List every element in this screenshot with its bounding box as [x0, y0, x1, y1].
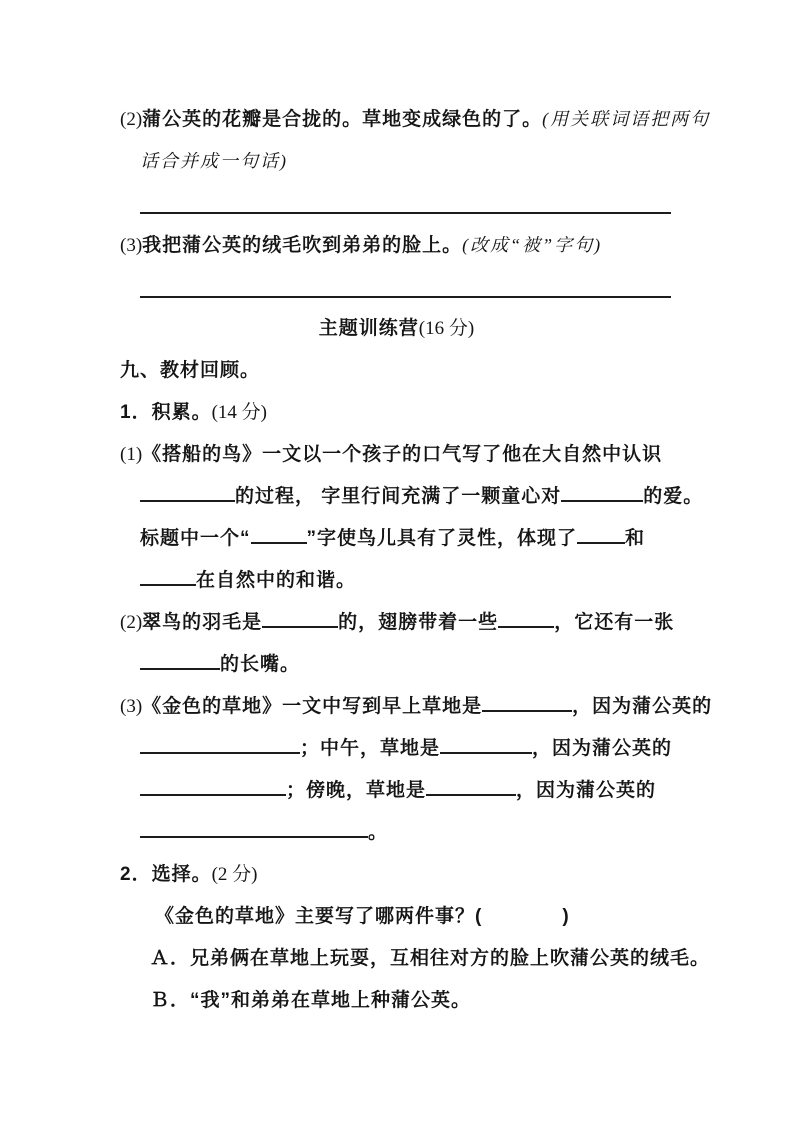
q2-title-text: 2．选择。 [120, 864, 212, 885]
exam-paper-page: (2)蒲公英的花瓣是合拢的。草地变成绿色的了。(用关联词语把两句 话合并成一句话… [0, 0, 793, 1122]
answer-line [120, 266, 673, 308]
answer-underline [140, 212, 671, 214]
theme-title: 主题训练营 [319, 318, 419, 339]
answer-underline [140, 296, 671, 298]
q1-score: (14 分) [212, 402, 267, 423]
q2-title: 2．选择。(2 分) [120, 854, 673, 896]
fill-text: 。 [368, 822, 388, 843]
item-number: (1) [120, 444, 142, 465]
q2-score: (2 分) [212, 864, 258, 885]
blank-underline [561, 480, 643, 502]
q1-item3-line3: ；傍晚，草地是，因为蒲公英的 [120, 770, 673, 812]
question-text: 《金色的草地》主要写了哪两件事？( ) [155, 906, 570, 927]
q1-item1-line3: 标题中一个“”字使鸟儿具有了灵性，体现了和 [120, 518, 673, 560]
fill-text: ，因为蒲公英的 [532, 738, 672, 759]
q2-option-b: Ｂ．“我”和弟弟在草地上种蒲公英。 [120, 980, 673, 1022]
blank-underline [140, 816, 368, 838]
q1-title-text: 1．积累。 [120, 402, 212, 423]
fill-text: ；傍晚，草地是 [286, 780, 426, 801]
question-8-2-line1: (2)蒲公英的花瓣是合拢的。草地变成绿色的了。(用关联词语把两句 [120, 98, 673, 140]
q2-question: 《金色的草地》主要写了哪两件事？( ) [120, 896, 673, 938]
blank-underline [498, 606, 554, 628]
fill-text: ，因为蒲公英的 [572, 696, 712, 717]
blank-underline [426, 774, 516, 796]
fill-text: 《金色的草地》一文中写到早上草地是 [142, 696, 482, 717]
theme-section-header: 主题训练营(16 分) [120, 308, 673, 350]
instruction-note: 话合并成一句话) [140, 151, 288, 171]
instruction-note: (改成“被”字句) [462, 235, 602, 255]
q1-title: 1．积累。(14 分) [120, 392, 673, 434]
q1-item3-line1: (3)《金色的草地》一文中写到早上草地是，因为蒲公英的 [120, 686, 673, 728]
blank-underline [140, 774, 286, 796]
q1-item2-line1: (2)翠鸟的羽毛是的，翅膀带着一些，它还有一张 [120, 602, 673, 644]
option-b-text: Ｂ．“我”和弟弟在草地上种蒲公英。 [150, 990, 471, 1011]
section-title-text: 九、教材回顾。 [120, 360, 260, 381]
question-text: 蒲公英的花瓣是合拢的。草地变成绿色的了。 [142, 109, 542, 130]
fill-text: 的过程， 字里行间充满了一颗童心对 [235, 486, 561, 507]
item-number: (2) [120, 109, 142, 130]
fill-text: ；中午，草地是 [300, 738, 440, 759]
fill-text: 《搭船的鸟》一文以一个孩子的口气写了他在大自然中认识 [142, 444, 662, 465]
blank-underline [140, 732, 300, 754]
fill-text: ，因为蒲公英的 [516, 780, 656, 801]
fill-text: 的，翅膀带着一些 [338, 612, 498, 633]
question-text: 我把蒲公英的绒毛吹到弟弟的脸上。 [142, 235, 462, 256]
blank-underline [262, 606, 338, 628]
question-8-2-line2: 话合并成一句话) [120, 140, 673, 182]
blank-underline [140, 564, 196, 586]
q1-item1-line1: (1)《搭船的鸟》一文以一个孩子的口气写了他在大自然中认识 [120, 434, 673, 476]
fill-text: 的爱。 [643, 486, 703, 507]
q1-item1-line4: 在自然中的和谐。 [120, 560, 673, 602]
q1-item2-line2: 的长嘴。 [120, 644, 673, 686]
blank-underline [482, 690, 572, 712]
item-number: (3) [120, 235, 142, 256]
q1-item3-line4: 。 [120, 812, 673, 854]
instruction-note: (用关联词语把两句 [542, 109, 710, 129]
fill-text: 在自然中的和谐。 [196, 570, 356, 591]
blank-underline [140, 648, 220, 670]
item-number: (3) [120, 696, 142, 717]
q2-option-a: Ａ．兄弟俩在草地上玩耍，互相往对方的脸上吹蒲公英的绒毛。 [120, 938, 673, 980]
section-9-title: 九、教材回顾。 [120, 350, 673, 392]
option-a-text: Ａ．兄弟俩在草地上玩耍，互相往对方的脸上吹蒲公英的绒毛。 [150, 948, 710, 969]
question-8-3-line1: (3)我把蒲公英的绒毛吹到弟弟的脸上。(改成“被”字句) [120, 224, 673, 266]
theme-score: (16 分) [419, 318, 474, 339]
fill-text: ，它还有一张 [554, 612, 674, 633]
fill-text: 翠鸟的羽毛是 [142, 612, 262, 633]
fill-text: 的长嘴。 [220, 654, 300, 675]
blank-underline [140, 480, 235, 502]
q1-item3-line2: ；中午，草地是，因为蒲公英的 [120, 728, 673, 770]
blank-underline [251, 522, 307, 544]
item-number: (2) [120, 612, 142, 633]
q1-item1-line2: 的过程， 字里行间充满了一颗童心对的爱。 [120, 476, 673, 518]
blank-underline [577, 522, 625, 544]
answer-line [120, 182, 673, 224]
fill-text: ”字使鸟儿具有了灵性，体现了 [307, 528, 578, 549]
fill-text: 标题中一个“ [140, 528, 251, 549]
blank-underline [440, 732, 532, 754]
fill-text: 和 [625, 528, 645, 549]
